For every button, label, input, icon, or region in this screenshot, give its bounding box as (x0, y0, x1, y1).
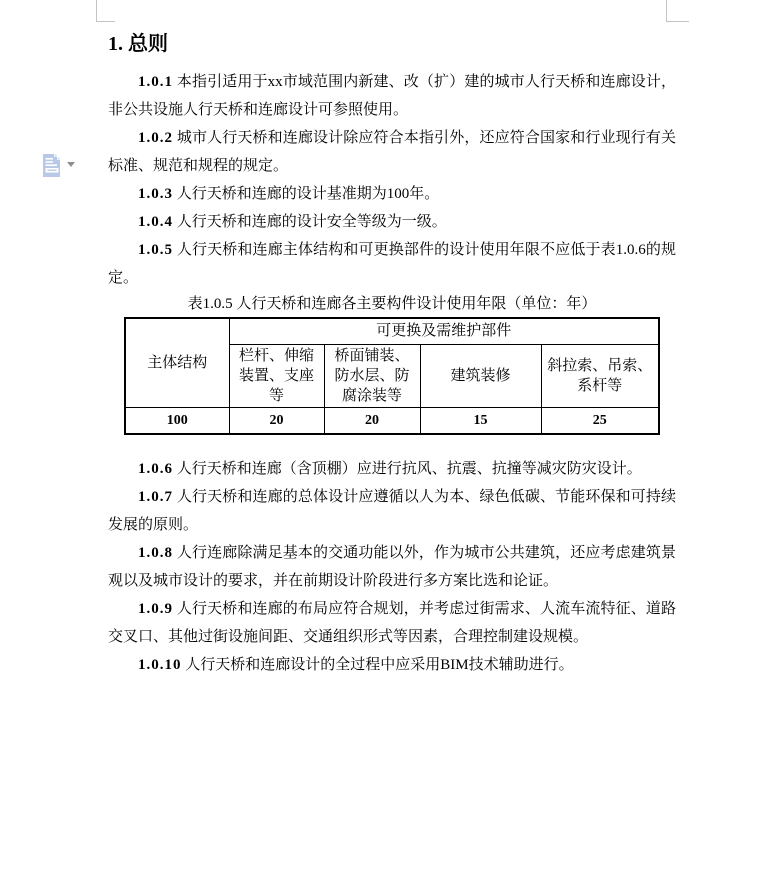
clause-block-bottom: 1.0.6 人行天桥和连廊（含顶棚）应进行抗风、抗震、抗撞等减灾防灾设计。 1.… (108, 455, 676, 679)
table-value: 20 (324, 407, 420, 434)
clause-1-0-5: 1.0.5 人行天桥和连廊主体结构和可更换部件的设计使用年限不应低于表1.0.6… (108, 236, 676, 292)
clause-text: 人行天桥和连廊主体结构和可更换部件的设计使用年限不应低于表1.0.6的规定。 (108, 242, 676, 286)
clause-text: 本指引适用于xx市域范围内新建、改（扩）建的城市人行天桥和连廊设计，非公共设施人… (108, 74, 676, 118)
table-sub-header: 斜拉索、吊索、系杆等 (541, 344, 659, 407)
clause-text: 人行天桥和连廊的布局应符合规划，并考虑过街需求、人流车流特征、道路交叉口、其他过… (108, 601, 676, 645)
clause-number: 1.0.2 (138, 130, 173, 146)
clause-text: 人行天桥和连廊的设计基准期为100年。 (173, 186, 439, 202)
table-value: 25 (541, 407, 659, 434)
clause-1-0-6: 1.0.6 人行天桥和连廊（含顶棚）应进行抗风、抗震、抗撞等减灾防灾设计。 (108, 455, 676, 483)
clause-number: 1.0.7 (138, 489, 173, 505)
document-page: { "colors": { "doc_icon_blue": "#b7c9e6"… (0, 0, 781, 871)
clause-1-0-9: 1.0.9 人行天桥和连廊的布局应符合规划，并考虑过街需求、人流车流特征、道路交… (108, 595, 676, 651)
table-value: 15 (420, 407, 541, 434)
clause-number: 1.0.6 (138, 461, 173, 477)
clause-number: 1.0.1 (138, 74, 173, 90)
clause-block-top: 1.0.1 本指引适用于xx市域范围内新建、改（扩）建的城市人行天桥和连廊设计，… (108, 68, 676, 292)
clause-1-0-8: 1.0.8 人行连廊除满足基本的交通功能以外，作为城市公共建筑，还应考虑建筑景观… (108, 539, 676, 595)
clause-number: 1.0.3 (138, 186, 173, 202)
chevron-down-icon[interactable] (67, 162, 75, 167)
table-caption: 表1.0.5 人行天桥和连廊各主要构件设计使用年限（单位：年） (108, 292, 676, 314)
clause-text: 人行天桥和连廊的总体设计应遵循以人为本、绿色低碳、节能环保和可持续发展的原则。 (108, 489, 676, 533)
margin-options-button[interactable] (43, 154, 75, 182)
clause-1-0-10: 1.0.10 人行天桥和连廊设计的全过程中应采用BIM技术辅助进行。 (108, 651, 676, 679)
table-group-header: 可更换及需维护部件 (229, 318, 659, 344)
table-corner-header: 主体结构 (125, 318, 229, 407)
table-value: 100 (125, 407, 229, 434)
clause-text: 人行天桥和连廊的设计安全等级为一级。 (173, 214, 447, 230)
clause-text: 人行天桥和连廊（含顶棚）应进行抗风、抗震、抗撞等减灾防灾设计。 (173, 461, 642, 477)
clause-text: 人行天桥和连廊设计的全过程中应采用BIM技术辅助进行。 (182, 657, 574, 673)
document-icon[interactable] (43, 154, 62, 182)
clause-1-0-3: 1.0.3 人行天桥和连廊的设计基准期为100年。 (108, 180, 676, 208)
clause-number: 1.0.4 (138, 214, 173, 230)
section-title: 1. 总则 (108, 31, 676, 57)
document-content: 1. 总则 1.0.1 本指引适用于xx市域范围内新建、改（扩）建的城市人行天桥… (108, 0, 676, 679)
clause-text: 人行连廊除满足基本的交通功能以外，作为城市公共建筑，还应考虑建筑景观以及城市设计… (108, 545, 676, 589)
clause-1-0-2: 1.0.2 城市人行天桥和连廊设计除应符合本指引外，还应符合国家和行业现行有关标… (108, 124, 676, 180)
design-service-life-table: 主体结构 可更换及需维护部件 栏杆、伸缩装置、支座等 桥面铺装、防水层、防腐涂装… (124, 317, 660, 435)
table-sub-header: 栏杆、伸缩装置、支座等 (229, 344, 324, 407)
table-sub-header: 建筑装修 (420, 344, 541, 407)
clause-number: 1.0.10 (138, 657, 182, 673)
clause-1-0-4: 1.0.4 人行天桥和连廊的设计安全等级为一级。 (108, 208, 676, 236)
clause-number: 1.0.9 (138, 601, 173, 617)
clause-1-0-1: 1.0.1 本指引适用于xx市域范围内新建、改（扩）建的城市人行天桥和连廊设计，… (108, 68, 676, 124)
clause-number: 1.0.5 (138, 242, 173, 258)
clause-text: 城市人行天桥和连廊设计除应符合本指引外，还应符合国家和行业现行有关标准、规范和规… (108, 130, 676, 174)
clause-1-0-7: 1.0.7 人行天桥和连廊的总体设计应遵循以人为本、绿色低碳、节能环保和可持续发… (108, 483, 676, 539)
table-value: 20 (229, 407, 324, 434)
clause-number: 1.0.8 (138, 545, 173, 561)
table-sub-header: 桥面铺装、防水层、防腐涂装等 (324, 344, 420, 407)
